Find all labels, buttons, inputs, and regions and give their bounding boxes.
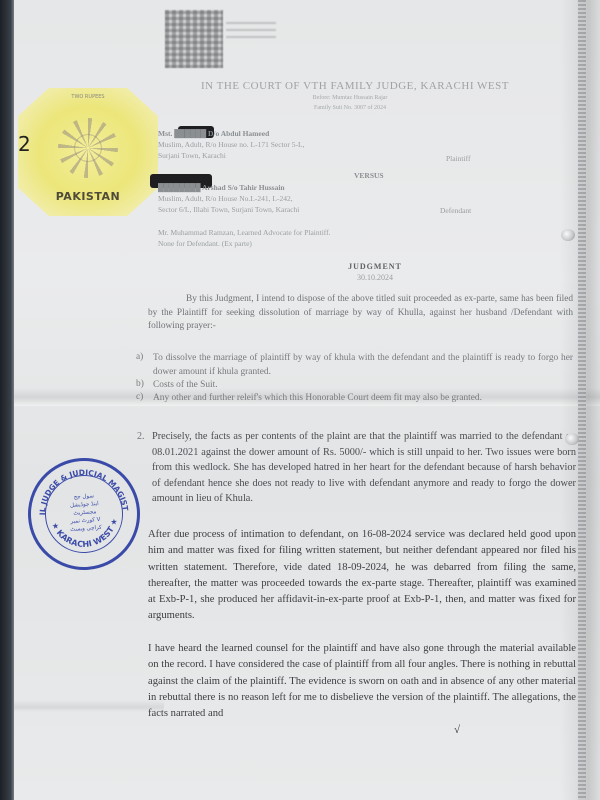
defendant-address-line-1: Muslim, Adult, R/o House No.L-241, L-242… — [158, 194, 293, 203]
plaintiff-address-line-2: Surjani Town, Karachi — [158, 151, 226, 160]
defendant-address-line-2: Sector 6/L, Illahi Town, Surjani Town, K… — [158, 205, 299, 214]
counsel-defendant: None for Defendant. (Ex parte) — [158, 239, 252, 248]
judgment-date: 30.10.2024 — [300, 273, 450, 282]
plaintiff-address-line-1: Muslim, Adult, R/o House no. L-171 Secto… — [158, 140, 304, 149]
pen-tick-mark: √ — [454, 724, 460, 736]
qr-code-icon — [165, 10, 223, 68]
revenue-stamp-emblem-icon — [58, 118, 118, 178]
process-paragraph: After due process of intimation to defen… — [148, 527, 576, 625]
prayer-item-c: Any other and further releif's which thi… — [153, 392, 573, 406]
stamp-value: 2 — [18, 132, 31, 156]
counsel-plaintiff: Mr. Muhammad Ramzan, Learned Advocate fo… — [158, 228, 331, 237]
versus-label: VERSUS — [354, 171, 384, 180]
defendant-name: ████████ Arshad S/o Tahir Hussain — [158, 183, 285, 192]
punch-hole — [565, 433, 579, 445]
judgment-page: TWO RUPEES 2 PAKISTAN IN THE COURT OF VT… — [14, 0, 600, 800]
prayer-item-b: Costs of the Suit. — [153, 379, 573, 393]
seal-urdu-text: سول جج اینڈ جوڈیشل مجسٹریٹ کورٹ نمبر V ک… — [58, 491, 113, 535]
punch-hole — [561, 229, 575, 241]
paper-crease — [14, 700, 164, 712]
paragraph-number-2: 2. — [137, 431, 145, 442]
plaintiff-name: Mst. ██████ D/o Abdul Hameed — [158, 129, 269, 138]
prayer-item-a: To dissolve the marriage of plaintiff by… — [153, 352, 573, 379]
before-line: Before: Mumtaz Hussain Rajar — [280, 95, 420, 101]
intro-paragraph: By this Judgment, I intend to dispose of… — [148, 293, 573, 334]
perforated-edge — [578, 0, 586, 800]
prayer-marker-b: b) — [136, 379, 144, 389]
suit-number: Family Suit No. 3007 of 2024 — [280, 105, 420, 111]
revenue-stamp: TWO RUPEES 2 PAKISTAN — [18, 88, 158, 216]
prayer-marker-a: a) — [136, 352, 143, 362]
plaintiff-label: Plaintiff — [446, 154, 470, 163]
court-title: IN THE COURT OF VTH FAMILY JUDGE, KARACH… — [155, 80, 555, 92]
qr-caption — [226, 22, 276, 42]
court-seal-icon: V CIVIL JUDGE & JUDICIAL MAGISTRATE ★ KA… — [24, 454, 144, 574]
prayer-marker-c: c) — [136, 392, 143, 402]
defendant-label: Defendant — [440, 206, 471, 215]
findings-paragraph: I have heard the learned counsel for the… — [148, 641, 576, 722]
judgment-title: JUDGMENT — [300, 262, 450, 271]
stamp-top-text: TWO RUPEES — [18, 94, 158, 100]
stamp-country: PAKISTAN — [18, 190, 158, 203]
facts-paragraph: Precisely, the facts as per contents of … — [152, 429, 576, 507]
